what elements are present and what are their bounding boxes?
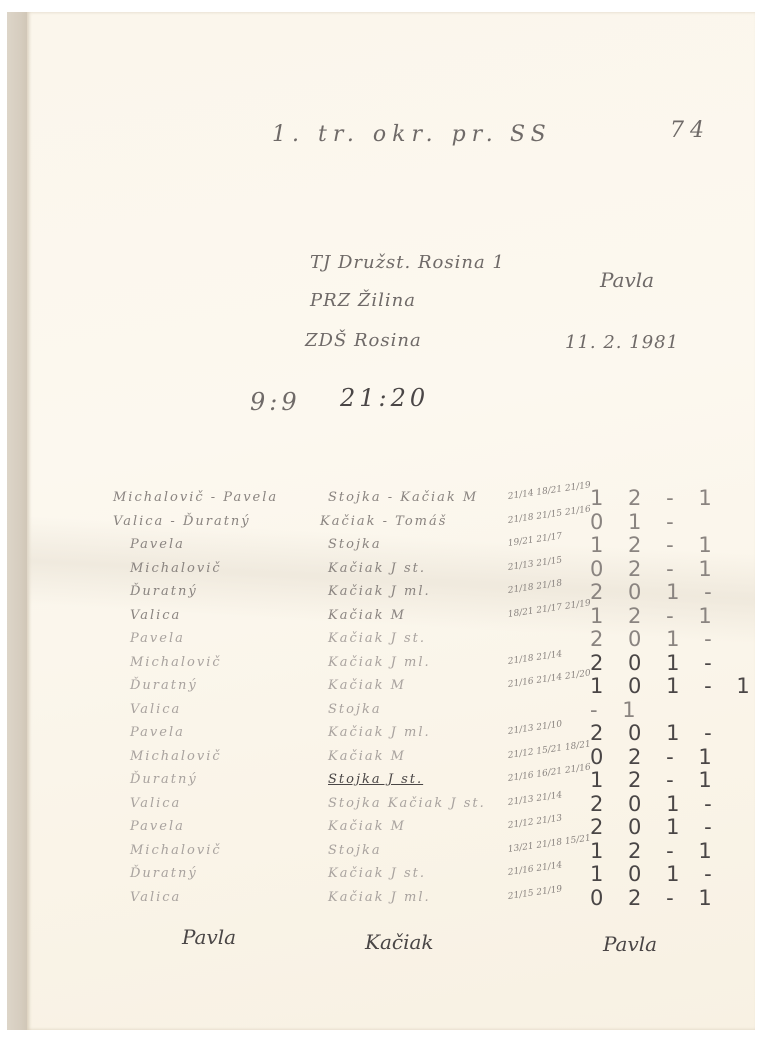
game-away-player: Stojka J st.: [328, 772, 423, 787]
game-result: 0 2 - 1: [590, 557, 721, 581]
referee-signature: Pavla: [600, 268, 654, 292]
sets-score: 9:9: [250, 388, 301, 416]
game-result: 2 0 1 -: [590, 580, 721, 604]
game-away-player: Kačiak M: [328, 678, 406, 693]
game-away-player: Kačiak M: [328, 819, 406, 834]
game-result: 1 2 - 1: [590, 768, 721, 792]
game-result: 2 0 1 -: [590, 792, 721, 816]
game-home-player: Michalovič: [130, 843, 222, 858]
game-home-player: Ďuratný: [130, 678, 198, 693]
game-result: 1 0 1 - 1: [590, 674, 757, 698]
game-home-player: Ďuratný: [130, 772, 198, 787]
game-away-player: Kačiak J ml.: [328, 655, 431, 670]
venue: ZDŠ Rosina: [305, 330, 422, 351]
game-result: 1 2 - 1: [590, 486, 721, 510]
game-result: 0 1 -: [590, 510, 683, 534]
game-result: 2 0 1 -: [590, 815, 721, 839]
home-team: TJ Družst. Rosina 1: [310, 252, 505, 273]
game-result: 1 0 1 -: [590, 862, 721, 886]
game-away-player: Kačiak J ml.: [328, 725, 431, 740]
game-away-player: Stojka - Kačiak M: [328, 490, 478, 505]
game-home-player: Michalovič: [130, 561, 222, 576]
game-home-player: Valica: [130, 796, 181, 811]
scan-left-edge: [7, 12, 29, 1030]
game-away-player: Stojka: [328, 702, 382, 717]
game-away-player: Kačiak J st.: [328, 866, 426, 881]
game-home-player: Ďuratný: [130, 584, 198, 599]
game-away-player: Kačiak M: [328, 608, 406, 623]
game-home-player: Pavela: [130, 537, 185, 552]
game-result: 1 2 - 1: [590, 839, 721, 863]
game-home-player: Pavela: [130, 725, 185, 740]
match-number: 74: [670, 118, 710, 143]
game-away-player: Stojka: [328, 537, 382, 552]
game-away-player: Kačiak J st.: [328, 561, 426, 576]
game-home-player: Valica: [130, 608, 181, 623]
game-home-player: Pavela: [130, 819, 185, 834]
game-result: 2 0 1 -: [590, 651, 721, 675]
game-away-player: Stojka: [328, 843, 382, 858]
game-result: 2 0 1 -: [590, 627, 721, 651]
game-home-player: Ďuratný: [130, 866, 198, 881]
game-away-player: Stojka Kačiak J st.: [328, 796, 486, 811]
game-away-player: Kačiak J ml.: [328, 584, 431, 599]
game-away-player: Kačiak J ml.: [328, 890, 431, 905]
game-home-player: Michalovič: [130, 655, 222, 670]
away-captain-signature: Kačiak: [365, 930, 434, 954]
game-result: 0 2 - 1: [590, 886, 721, 910]
game-home-player: Michalovič - Pavela: [113, 490, 278, 505]
game-result: 1 2 - 1: [590, 604, 721, 628]
game-result: - 1: [590, 698, 645, 722]
home-captain-signature: Pavla: [182, 925, 236, 949]
game-result: 0 2 - 1: [590, 745, 721, 769]
games-score: 21:20: [340, 384, 429, 412]
referee-final-signature: Pavla: [603, 932, 657, 956]
game-result: 1 2 - 1: [590, 533, 721, 557]
game-away-player: Kačiak J st.: [328, 631, 426, 646]
game-away-player: Kačiak - Tomáš: [320, 514, 447, 529]
away-team: PRZ Žilina: [310, 290, 416, 311]
competition-title: 1. tr. okr. pr.: [272, 122, 499, 147]
game-result: 2 0 1 -: [590, 721, 721, 745]
game-away-player: Kačiak M: [328, 749, 406, 764]
game-home-player: Valica: [130, 702, 181, 717]
game-home-player: Pavela: [130, 631, 185, 646]
game-home-player: Valica: [130, 890, 181, 905]
game-home-player: Valica - Ďuratný: [113, 514, 251, 529]
game-home-player: Michalovič: [130, 749, 222, 764]
match-date: 11. 2. 1981: [565, 332, 679, 353]
competition-code: SS: [510, 122, 552, 147]
